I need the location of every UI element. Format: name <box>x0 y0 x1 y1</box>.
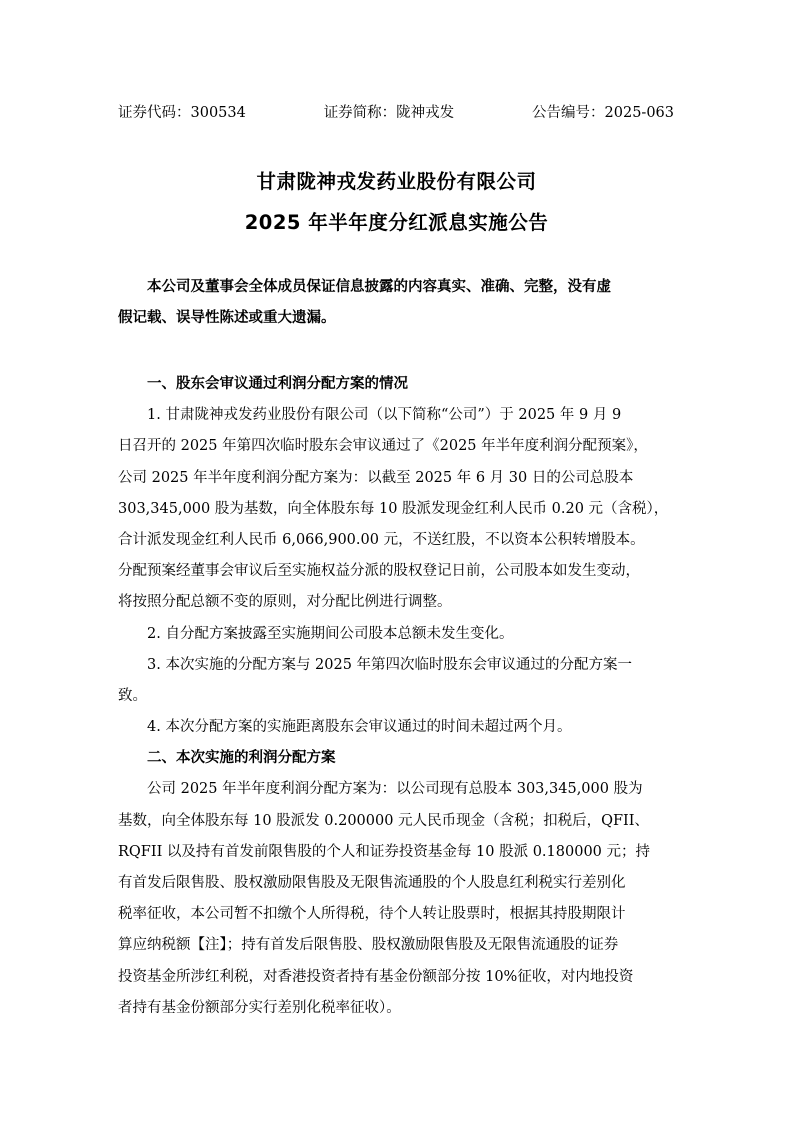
section-1: 一、股东会审议通过利润分配方案的情况 1. 甘肃陇神戎发药业股份有限公司（以下简… <box>118 369 678 1024</box>
item-1-line: 日召开的 2025 年第四次临时股东会审议通过了《2025 年半年度利润分配预案… <box>118 431 678 462</box>
item-1-line: 合计派发现金红利人民币 6,066,900.00 元，不送红股，不以资本公积转增… <box>118 525 678 556</box>
company-title: 甘肃陇神戎发药业股份有限公司 <box>0 169 793 195</box>
section-2-line: 公司 2025 年半年度利润分配方案为：以公司现有总股本 303,345,000… <box>118 774 678 805</box>
section-2-line: 投资基金所涉红利税，对香港投资者持有基金份额部分按 10%征收，对内地投资 <box>118 962 678 993</box>
item-1-line: 公司 2025 年半年度利润分配方案为：以截至 2025 年 6 月 30 日的… <box>118 463 678 494</box>
item-1-line: 将按照分配总额不变的原则，对分配比例进行调整。 <box>118 587 678 618</box>
section-2-line: 算应纳税额【注】；持有首发后限售股、股权激励限售股及无限售流通股的证券 <box>118 930 678 961</box>
section-2-heading: 二、本次实施的利润分配方案 <box>118 743 678 774</box>
item-1-line: 1. 甘肃陇神戎发药业股份有限公司（以下简称“公司”）于 2025 年 9 月 … <box>118 400 678 431</box>
section-2-line: 税率征收，本公司暂不扣缴个人所得税，待个人转让股票时，根据其持股期限计 <box>118 899 678 930</box>
section-2-line: 基数，向全体股东每 10 股派发 0.200000 元人民币现金（含税；扣税后，… <box>118 806 678 837</box>
section-2-line: 者持有基金份额部分实行差别化税率征收）。 <box>118 993 678 1024</box>
section-1-heading: 一、股东会审议通过利润分配方案的情况 <box>118 369 678 400</box>
stock-abbreviation: 证券简称：陇神戎发 <box>324 103 455 123</box>
section-2-line: RQFII 以及持有首发前限售股的个人和证券投资基金每 10 股派 0.1800… <box>118 837 678 868</box>
statement-line: 假记载、误导性陈述或重大遗漏。 <box>118 303 678 334</box>
item-1-line: 分配预案经董事会审议后至实施权益分派的股权登记日前，公司股本如发生变动， <box>118 556 678 587</box>
document-page: 证券代码：300534 证券简称：陇神戎发 公告编号：2025-063 甘肃陇神… <box>0 0 793 1122</box>
item-4: 4. 本次分配方案的实施距离股东会审议通过的时间未超过两个月。 <box>118 712 678 743</box>
announcement-title: 2025 年半年度分红派息实施公告 <box>0 210 793 236</box>
section-2-line: 有首发后限售股、股权激励限售股及无限售流通股的个人股息红利税实行差别化 <box>118 868 678 899</box>
item-1-line: 303,345,000 股为基数，向全体股东每 10 股派发现金红利人民币 0.… <box>118 494 678 525</box>
announcement-number: 公告编号：2025-063 <box>532 103 674 123</box>
statement-line: 本公司及董事会全体成员保证信息披露的内容真实、准确、完整，没有虚 <box>118 272 678 303</box>
stock-code: 证券代码：300534 <box>118 103 246 123</box>
item-3-line: 3. 本次实施的分配方案与 2025 年第四次临时股东会审议通过的分配方案一 <box>118 650 678 681</box>
board-statement: 本公司及董事会全体成员保证信息披露的内容真实、准确、完整，没有虚 假记载、误导性… <box>118 272 678 334</box>
item-2: 2. 自分配方案披露至实施期间公司股本总额未发生变化。 <box>118 619 678 650</box>
document-header: 证券代码：300534 证券简称：陇神戎发 公告编号：2025-063 <box>118 103 674 123</box>
item-3-line: 致。 <box>118 681 678 712</box>
